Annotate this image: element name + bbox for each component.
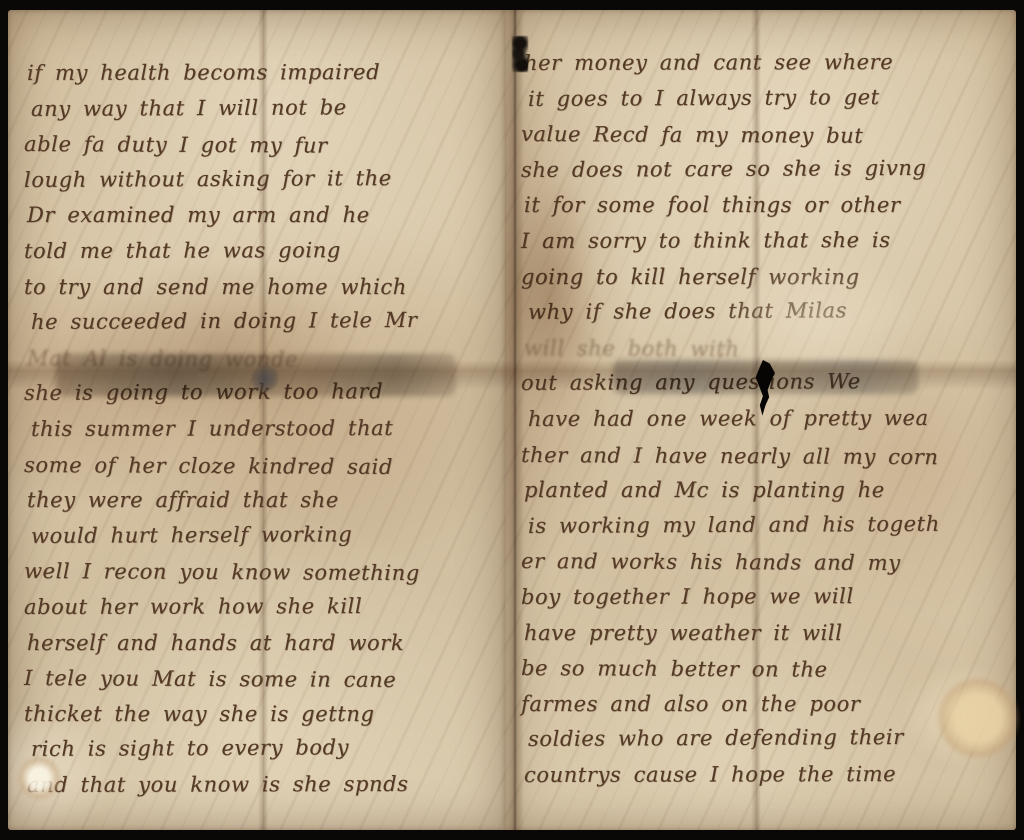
handwritten-line: she does not care so she is givng bbox=[521, 150, 1012, 188]
handwritten-line: some of her cloze kindred said bbox=[24, 448, 501, 486]
handwritten-line: Dr examined my arm and he bbox=[24, 198, 501, 234]
handwritten-line: she is going to work too hard bbox=[24, 374, 501, 412]
handwritten-line: planted and Mc is planting he bbox=[521, 473, 1012, 509]
handwritten-line: thicket the way she is gettng bbox=[24, 697, 501, 733]
handwritten-line: I tele you Mat is some in cane bbox=[24, 661, 501, 699]
handwritten-line: about her work how she kill bbox=[24, 589, 501, 626]
handwritten-line: rich is sight to every body bbox=[24, 730, 501, 768]
handwritten-line: he succeeded in doing I tele Mr bbox=[24, 303, 501, 341]
handwritten-line: herself and hands at hard work bbox=[24, 626, 501, 662]
handwritten-line: ther and I have nearly all my corn bbox=[521, 438, 1012, 476]
letter-page-right: her money and cant see where it goes to … bbox=[505, 10, 1016, 830]
handwritten-line: would hurt herself working bbox=[24, 516, 501, 554]
handwritten-line: told me that he was going bbox=[24, 233, 501, 270]
handwritten-line: they were affraid that she bbox=[24, 483, 501, 519]
right-page-text: her money and cant see where it goes to … bbox=[521, 46, 1012, 793]
handwritten-line: well I recon you know something bbox=[24, 554, 501, 592]
handwritten-line: any way that I will not be bbox=[24, 89, 501, 127]
letter-scan: if my health becoms impaired any way tha… bbox=[8, 10, 1016, 830]
handwritten-line: out asking any questions We bbox=[521, 364, 1012, 402]
handwritten-line: able fa duty I got my fur bbox=[24, 127, 501, 165]
handwritten-line: it for some fool things or other bbox=[521, 188, 1012, 224]
handwritten-line: if my health becoms impaired bbox=[24, 55, 501, 92]
handwritten-line: and that you know is she spnds bbox=[24, 767, 501, 804]
letter-scan-photo: { "scan": { "description": "Scanned two-… bbox=[0, 0, 1024, 840]
handwritten-line: going to kill herself working bbox=[521, 260, 1012, 296]
handwritten-line: soldies who are defending their bbox=[521, 720, 1012, 758]
handwritten-line: her money and cant see where bbox=[521, 45, 1012, 82]
letter-page-left: if my health becoms impaired any way tha… bbox=[8, 10, 505, 830]
handwritten-line: boy together I hope we will bbox=[521, 579, 1012, 616]
handwritten-line: it goes to I always try to get bbox=[521, 79, 1012, 117]
handwritten-line: why if she does that Milas bbox=[521, 293, 1012, 331]
handwritten-line: is working my land and his togeth bbox=[521, 506, 1012, 544]
handwritten-line: er and works his hands and my bbox=[521, 544, 1012, 582]
handwritten-line: be so much better on the bbox=[521, 651, 1012, 689]
handwritten-line: this summer I understood that bbox=[24, 411, 501, 448]
handwritten-line: farmes and also on the poor bbox=[521, 687, 1012, 723]
handwritten-line: value Recd fa my money but bbox=[521, 117, 1012, 155]
left-page-text: if my health becoms impaired any way tha… bbox=[24, 56, 501, 803]
handwritten-line: to try and send me home which bbox=[24, 270, 501, 306]
handwritten-line: have pretty weather it will bbox=[521, 616, 1012, 652]
handwritten-line: lough without asking for it the bbox=[24, 160, 501, 198]
handwritten-line: countrys cause I hope the time bbox=[521, 757, 1012, 794]
handwritten-line: I am sorry to think that she is bbox=[521, 223, 1012, 260]
handwritten-line: have had one week of pretty wea bbox=[521, 401, 1012, 438]
